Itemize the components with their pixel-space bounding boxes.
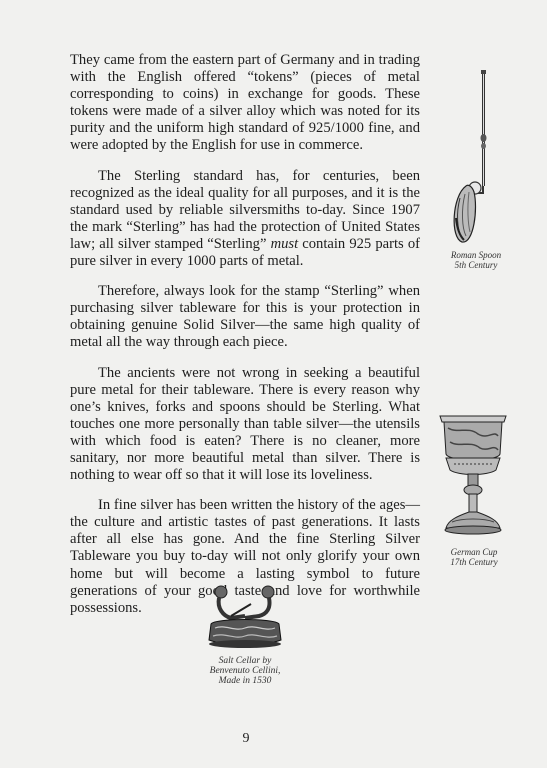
emphasis-must: must [271,236,299,252]
roman-spoon-illustration [448,68,498,244]
salt-cellar-icon [205,584,285,650]
caption-line: Roman Spoon [438,250,514,260]
caption-line: Salt Cellar by [190,656,300,666]
german-cup-icon [438,412,508,538]
caption-line: 5th Century [438,260,514,270]
german-cup-caption: German Cup 17th Century [436,547,512,567]
paragraph-ancients: The ancients were not wrong in seeking a… [70,365,420,485]
caption-line: Benvenuto Cellini, [190,666,300,676]
roman-spoon-icon [448,68,498,244]
document-page: They came from the eastern part of Germa… [0,0,547,768]
page-number: 9 [236,731,256,747]
roman-spoon-caption: Roman Spoon 5th Century [438,250,514,270]
paragraph-stamp: Therefore, always look for the stamp “St… [70,283,420,351]
paragraph-tokens: They came from the eastern part of Germa… [70,52,420,155]
salt-cellar-illustration [205,584,285,650]
paragraph-sterling-standard: The Sterling standard has, for centuries… [70,168,420,271]
caption-line: German Cup [436,547,512,557]
german-cup-illustration [438,412,508,538]
caption-line: Made in 1530 [190,676,300,686]
salt-cellar-caption: Salt Cellar by Benvenuto Cellini, Made i… [190,656,300,686]
body-text: They came from the eastern part of Germa… [70,52,420,630]
caption-line: 17th Century [436,557,512,567]
